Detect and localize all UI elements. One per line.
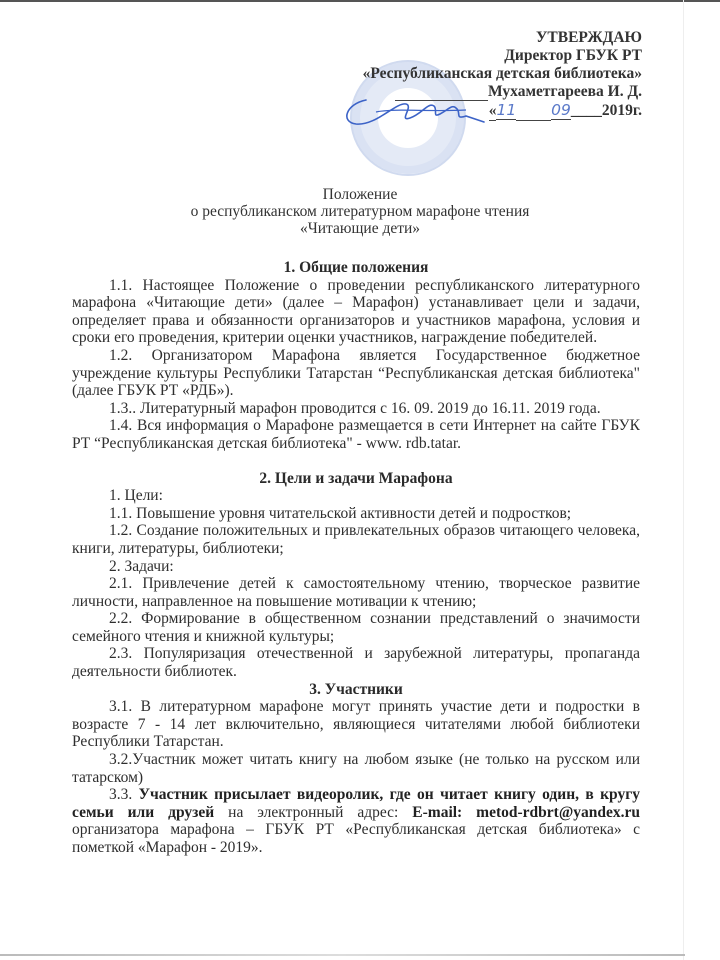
date-mid: » ___	[516, 102, 551, 121]
section-3-heading: 3. Участники	[72, 681, 640, 699]
date-year: ____2019г.	[571, 102, 642, 120]
date-open: «	[489, 102, 497, 121]
section-1-heading: 1. Общие положения	[72, 259, 640, 277]
task-2-3: 2.3. Популяризация отечественной и заруб…	[72, 645, 640, 680]
email-link[interactable]: E-mail: metod-rdbrt@yandex.ru	[412, 804, 640, 821]
title-line-2: о республиканском литературном марафоне …	[0, 203, 720, 220]
approval-position: Директор ГБУК РТ	[363, 47, 642, 65]
p33-text: на электронный адрес:	[214, 804, 412, 821]
title-line-1: Положение	[0, 186, 720, 203]
scan-bottom-edge	[0, 954, 685, 956]
document-title: Положение о республиканском литературном…	[0, 186, 720, 237]
tasks-label: 2. Задачи:	[72, 558, 640, 576]
approval-date: «11» ___09____2019г.	[363, 101, 642, 121]
paragraph-3-2: 3.2.Участник может читать книгу на любом…	[72, 751, 640, 786]
paragraph-1-2: 1.2. Организатором Марафона является Гос…	[72, 347, 640, 400]
section-2-heading: 2. Цели и задачи Марафона	[72, 470, 640, 488]
goal-1-2: 1.2. Создание положительных и привлекате…	[72, 522, 640, 557]
date-day: 11	[496, 101, 516, 120]
document-body: 1. Общие положения 1.1. Настоящее Положе…	[72, 259, 640, 857]
task-2-2: 2.2. Формирование в общественном сознани…	[72, 610, 640, 645]
paragraph-1-3: 1.3.. Литературный марафон проводится с …	[72, 400, 640, 418]
scan-right-edge	[683, 0, 684, 960]
signatory-name: Мухаметгареева И. Д.	[488, 83, 642, 100]
approval-organization: «Республиканская детская библиотека»	[363, 65, 642, 83]
task-2-1: 2.1. Привлечение детей к самостоятельном…	[72, 575, 640, 610]
goals-label: 1. Цели:	[72, 487, 640, 505]
goal-1-1: 1.1. Повышение уровня читательской актив…	[72, 505, 640, 523]
signature-blank: ____________	[395, 83, 488, 101]
p33-tail: организатора марафона – ГБУК РТ «Республ…	[72, 821, 640, 856]
paragraph-3-3: 3.3. Участник присылает видеоролик, где …	[72, 786, 640, 856]
scan-top-edge	[0, 0, 720, 2]
title-line-3: «Читающие дети»	[0, 220, 720, 237]
approval-block: УТВЕРЖДАЮ Директор ГБУК РТ «Республиканс…	[363, 29, 642, 121]
paragraph-1-4: 1.4. Вся информация о Марафоне размещает…	[72, 417, 640, 452]
date-month: 09	[551, 101, 571, 120]
p33-number: 3.3.	[109, 786, 139, 803]
approval-heading: УТВЕРЖДАЮ	[363, 29, 642, 47]
paragraph-1-1: 1.1. Настоящее Положение о проведении ре…	[72, 277, 640, 347]
approval-signatory: ____________Мухаметгареева И. Д.	[363, 83, 642, 101]
paragraph-3-1: 3.1. В литературном марафоне могут приня…	[72, 698, 640, 751]
